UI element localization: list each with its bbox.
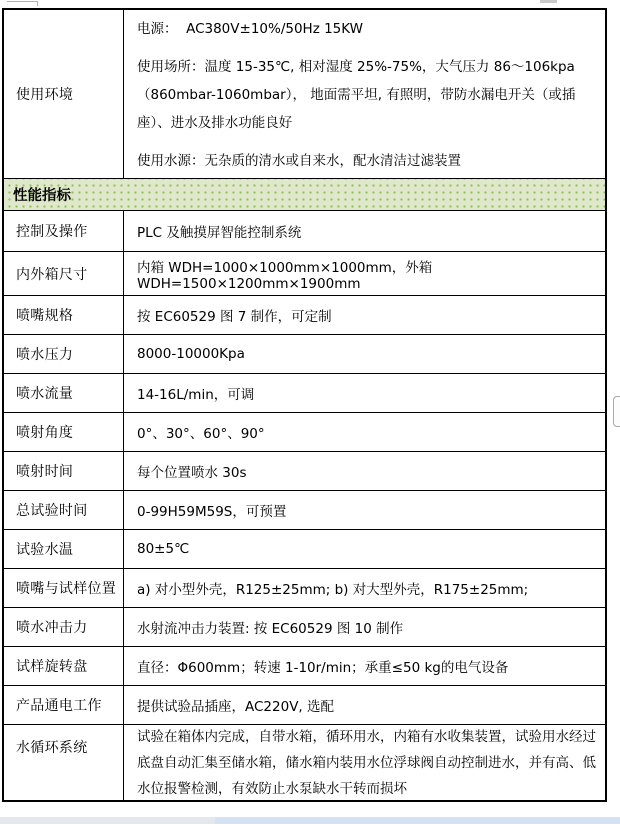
- spec-label: 喷水压力: [4, 335, 124, 373]
- spec-value: 电源： AC380V±10%/50Hz 15KW 使用场所：温度 15-35℃,…: [124, 10, 605, 178]
- page-fragment-right: [540, 0, 557, 3]
- horizontal-scrollbar-thumb[interactable]: [215, 817, 620, 824]
- spec-value: 0-99H59M59S，可预置: [124, 491, 605, 529]
- table-row-environment: 使用环境 电源： AC380V±10%/50Hz 15KW 使用场所：温度 15…: [4, 10, 605, 178]
- vertical-scrollbar-thumb[interactable]: [613, 396, 620, 427]
- spec-value: 水射流冲击力装置: 按 EC60529 图 10 制作: [124, 608, 605, 646]
- spec-value: 80±5℃: [124, 530, 605, 568]
- spec-value: 试验在箱体内完成，自带水箱，循环用水，内箱有水收集装置，试验用水经过底盘自动汇集…: [124, 725, 605, 800]
- page-fragment-left: [7, 1, 38, 6]
- spec-label: 喷嘴与试样位置: [4, 569, 124, 607]
- table-row: 控制及操作 PLC 及触摸屏智能控制系统: [4, 210, 605, 251]
- spec-label: 喷嘴规格: [4, 296, 124, 334]
- spec-label: 喷水流量: [4, 374, 124, 412]
- spec-label: 总试验时间: [4, 491, 124, 529]
- spec-paragraph: 使用水源：无杂质的清水或自来水，配水清洁过滤装置: [137, 147, 599, 175]
- spec-label: 试样旋转盘: [4, 647, 124, 685]
- table-row: 喷射时间 每个位置喷水 30s: [4, 451, 605, 490]
- spec-value: 每个位置喷水 30s: [124, 452, 605, 490]
- spec-table: 使用环境 电源： AC380V±10%/50Hz 15KW 使用场所：温度 15…: [2, 8, 607, 802]
- spec-label: 喷射时间: [4, 452, 124, 490]
- spec-value: 直径：Φ600mm；转速 1-10r/min；承重≤50 kg的电气设备: [124, 647, 605, 685]
- spec-label: 使用环境: [4, 10, 124, 178]
- table-row: 喷水流量 14-16L/min，可调: [4, 373, 605, 412]
- spec-value: 提供试验品插座，AC220V, 选配: [124, 686, 605, 724]
- spec-value: 14-16L/min，可调: [124, 374, 605, 412]
- spec-label: 内外箱尺寸: [4, 252, 124, 295]
- spec-label: 喷射角度: [4, 413, 124, 451]
- spec-value: 0°、30°、60°、90°: [124, 413, 605, 451]
- spec-paragraph: 电源： AC380V±10%/50Hz 15KW: [137, 15, 599, 43]
- table-row: 试样旋转盘 直径：Φ600mm；转速 1-10r/min；承重≤50 kg的电气…: [4, 646, 605, 685]
- horizontal-scrollbar[interactable]: [0, 817, 620, 824]
- table-row: 喷水压力 8000-10000Kpa: [4, 334, 605, 373]
- table-row: 喷射角度 0°、30°、60°、90°: [4, 412, 605, 451]
- spec-value: 按 EC60529 图 7 制作，可定制: [124, 296, 605, 334]
- spec-paragraph: 使用场所：温度 15-35℃, 相对湿度 25%-75%，大气压力 86～106…: [137, 53, 599, 137]
- table-row: 产品通电工作 提供试验品插座，AC220V, 选配: [4, 685, 605, 724]
- table-row: 喷水冲击力 水射流冲击力装置: 按 EC60529 图 10 制作: [4, 607, 605, 646]
- spec-label: 喷水冲击力: [4, 608, 124, 646]
- spec-label: 控制及操作: [4, 211, 124, 251]
- spec-value: a) 对小型外壳，R125±25mm; b) 对大型外壳，R175±25mm;: [124, 569, 605, 607]
- spec-value: PLC 及触摸屏智能控制系统: [124, 211, 605, 251]
- spec-label: 产品通电工作: [4, 686, 124, 724]
- spec-label: 试验水温: [4, 530, 124, 568]
- table-row: 内外箱尺寸 内箱 WDH=1000×1000mm×1000mm，外箱 WDH=1…: [4, 251, 605, 295]
- table-row: 试验水温 80±5℃: [4, 529, 605, 568]
- spec-value: 8000-10000Kpa: [124, 335, 605, 373]
- section-header-performance: 性能指标: [4, 178, 605, 210]
- section-header-label: 性能指标: [13, 184, 71, 205]
- spec-label: 水循环系统: [4, 725, 124, 800]
- table-row: 喷嘴与试样位置 a) 对小型外壳，R125±25mm; b) 对大型外壳，R17…: [4, 568, 605, 607]
- table-row: 总试验时间 0-99H59M59S，可预置: [4, 490, 605, 529]
- spec-value: 内箱 WDH=1000×1000mm×1000mm，外箱 WDH=1500×12…: [124, 252, 605, 295]
- table-row: 喷嘴规格 按 EC60529 图 7 制作，可定制: [4, 295, 605, 334]
- table-row: 水循环系统 试验在箱体内完成，自带水箱，循环用水，内箱有水收集装置，试验用水经过…: [4, 724, 605, 800]
